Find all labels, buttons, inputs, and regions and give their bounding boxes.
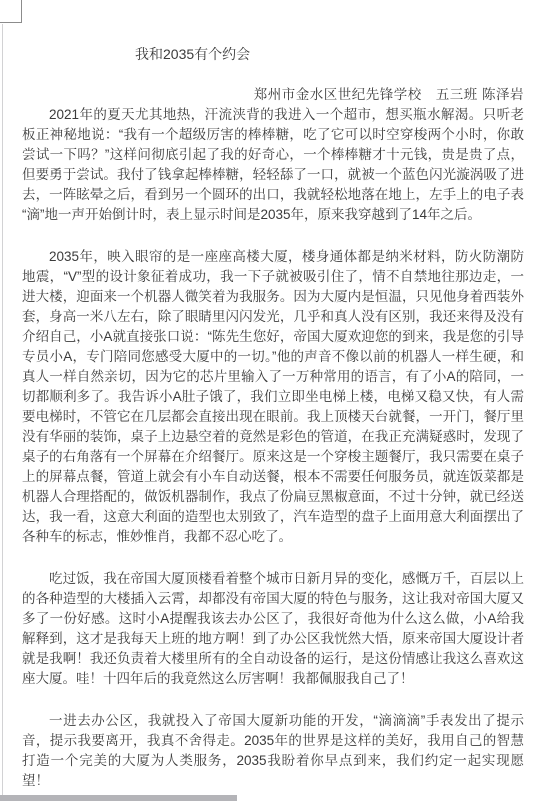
page-corner-frame — [0, 0, 22, 23]
document-page: 我和2035有个约会 郑州市金水区世纪先锋学校 五三班 陈泽岩 2021年的夏天… — [0, 0, 540, 801]
essay-paragraph: 2021年的夏天尤其地热，汗流浃背的我进入一个超市，想买瓶水解渴。只听老板正神秘… — [22, 105, 524, 225]
essay-byline: 郑州市金水区世纪先锋学校 五三班 陈泽岩 — [22, 85, 524, 105]
page-edge-line — [2, 24, 3, 795]
essay-paragraph: 吃过饭，我在帝国大厦顶楼看着整个城市日新月异的变化，感慨万千，百层以上的各种造型… — [22, 569, 524, 689]
essay-title: 我和2035有个约会 — [135, 44, 524, 64]
essay-paragraph: 2035年，映入眼帘的是一座座高楼大厦，楼身通体都是纳米材料，防火防潮防地震，“… — [22, 247, 524, 547]
essay-content: 我和2035有个约会 郑州市金水区世纪先锋学校 五三班 陈泽岩 2021年的夏天… — [22, 44, 524, 791]
horizontal-scrollbar-thumb[interactable] — [0, 795, 237, 801]
essay-paragraph: 一进去办公区，我就投入了帝国大厦新功能的开发，“滴滴滴”手表发出了提示音，提示我… — [22, 711, 524, 791]
